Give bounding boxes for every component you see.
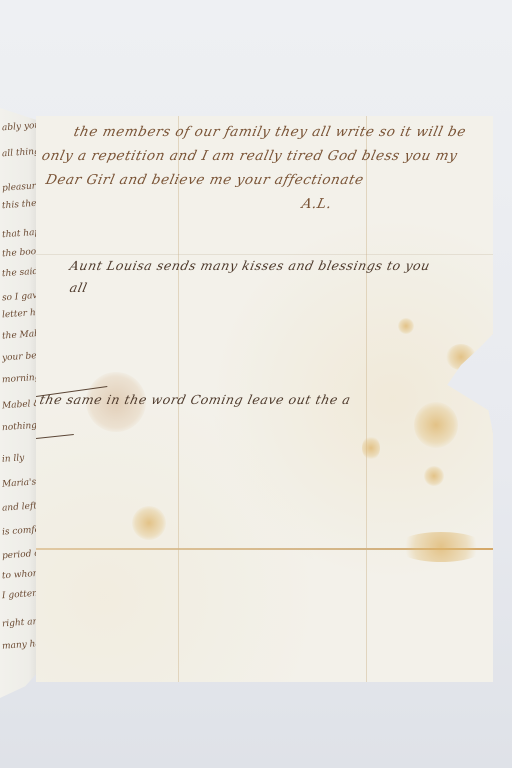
left-page-line: to whom — [2, 569, 36, 582]
marginal-note: the same in the word Coming leave out th… — [38, 392, 352, 407]
left-page-fragment: ably you all thing pleasure of this the … — [0, 108, 36, 698]
left-page-line: so I gave — [2, 291, 36, 304]
postscript-line: all — [68, 280, 88, 295]
left-page-line: all thing — [2, 147, 36, 160]
signature: A.L. — [300, 196, 333, 212]
left-page-line: the Mabel — [2, 328, 36, 341]
left-page-line: Mabel & — [2, 399, 36, 412]
fold-line-horizontal — [36, 254, 493, 255]
left-page-line: your best — [2, 351, 36, 364]
left-page-line: I gotten — [2, 589, 36, 601]
left-page-line: this the — [2, 199, 36, 211]
fold-line-vertical — [366, 116, 367, 682]
letter-line: only a repetition and I am really tired … — [40, 148, 459, 164]
letter-line: the members of our family they all write… — [72, 124, 467, 140]
foxing-stain — [398, 318, 414, 334]
left-page-line: many have — [2, 638, 36, 651]
left-page-line: pleasure of — [2, 180, 36, 194]
underline-stroke — [36, 434, 74, 439]
left-page-line: is comfort — [2, 524, 36, 537]
left-page-line: letter has been — [2, 306, 36, 321]
left-page-line: the book — [2, 247, 36, 260]
foxing-stain — [424, 466, 444, 486]
left-page-line: right and — [2, 617, 36, 630]
postscript-line: Aunt Louisa sends many kisses and blessi… — [68, 258, 431, 273]
left-page-line: the said — [2, 267, 36, 280]
left-page-line: morning — [2, 373, 36, 386]
foxing-stain — [362, 436, 380, 460]
left-page-line: period of — [2, 549, 36, 562]
left-page-line: in lly — [2, 453, 25, 465]
left-page-line: nothing — [2, 421, 36, 433]
left-page-line: and left be — [2, 500, 36, 513]
foxing-stain — [446, 344, 476, 370]
left-page-line: ably you — [2, 121, 36, 134]
foxing-stain — [414, 402, 458, 448]
left-page-line: that happened — [2, 226, 36, 241]
foxing-stain — [396, 532, 486, 562]
foxing-stain — [132, 506, 166, 540]
left-page-line: Maria's les — [2, 476, 36, 489]
letter-line: Dear Girl and believe me your affectiona… — [44, 172, 365, 188]
letter-page: the members of our family they all write… — [36, 116, 493, 682]
